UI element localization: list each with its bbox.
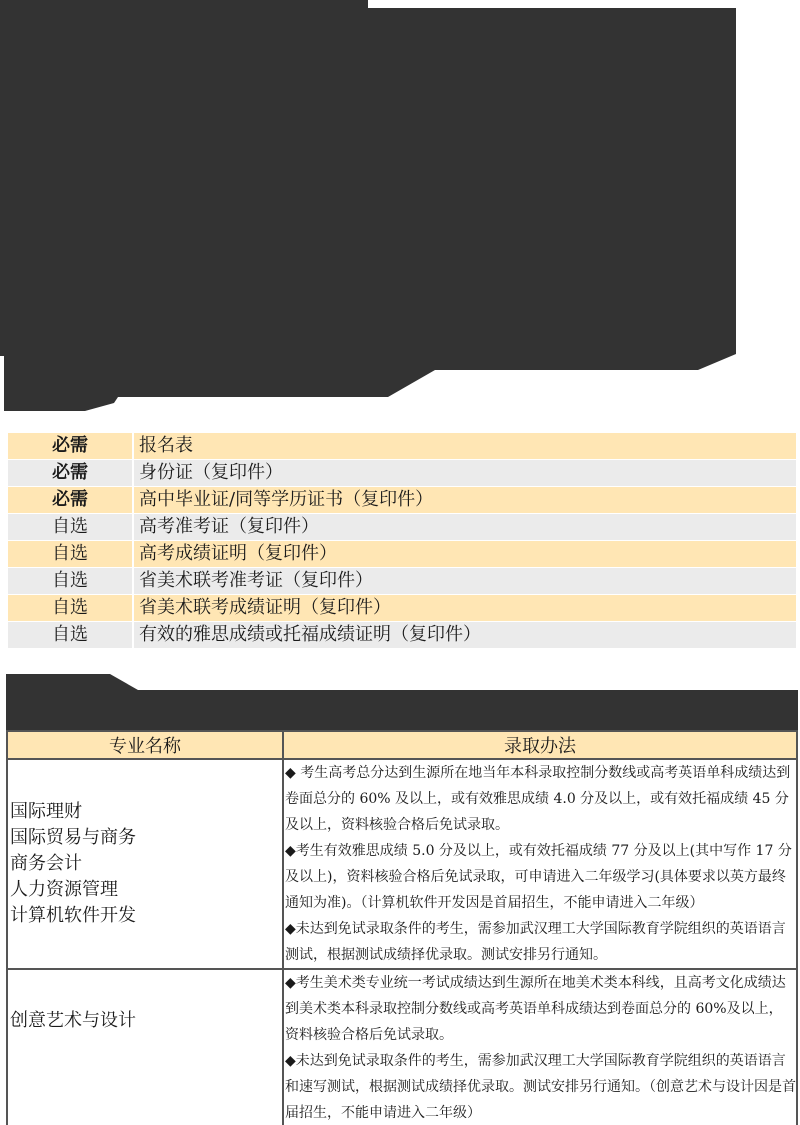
- document-row: 自选 省美术联考成绩证明（复印件）: [8, 595, 796, 621]
- document-name: 省美术联考成绩证明（复印件）: [134, 595, 391, 621]
- column-header-method: 录取办法: [283, 731, 797, 759]
- document-requirement: 必需: [8, 433, 134, 459]
- document-row: 自选 省美术联考准考证（复印件）: [8, 568, 796, 594]
- document-requirement: 自选: [8, 622, 134, 648]
- admission-method-cell: ◆考生美术类专业统一考试成绩达到生源所在地美术类本科线，且高考文化成绩达到美术类…: [283, 969, 797, 1125]
- document-row: 自选 有效的雅思成绩或托福成绩证明（复印件）: [8, 622, 796, 648]
- redaction-block-section-header: [6, 674, 798, 730]
- major-name: 人力资源管理: [10, 877, 282, 903]
- required-documents-list: 必需 报名表 必需 身份证（复印件） 必需 高中毕业证/同等学历证书（复印件） …: [8, 433, 796, 649]
- document-requirement: 自选: [8, 541, 134, 567]
- document-row: 必需 高中毕业证/同等学历证书（复印件）: [8, 487, 796, 513]
- document-name: 省美术联考准考证（复印件）: [134, 568, 373, 594]
- document-row: 必需 报名表: [8, 433, 796, 459]
- admission-method-cell: ◆ 考生高考总分达到生源所在地当年本科录取控制分数线或高考英语单科成绩达到卷面总…: [283, 759, 797, 969]
- major-name: 创意艺术与设计: [10, 1008, 282, 1034]
- document-requirement: 必需: [8, 460, 134, 486]
- document-name: 高考准考证（复印件）: [134, 514, 319, 540]
- document-name: 有效的雅思成绩或托福成绩证明（复印件）: [134, 622, 481, 648]
- document-row: 自选 高考成绩证明（复印件）: [8, 541, 796, 567]
- major-names-cell: 国际理财 国际贸易与商务 商务会计 人力资源管理 计算机软件开发: [7, 759, 283, 969]
- major-name: 国际理财: [10, 799, 282, 825]
- document-requirement: 自选: [8, 514, 134, 540]
- document-name: 报名表: [134, 433, 193, 459]
- document-row: 自选 高考准考证（复印件）: [8, 514, 796, 540]
- redaction-block-top: [0, 0, 736, 411]
- table-row: 国际理财 国际贸易与商务 商务会计 人力资源管理 计算机软件开发 ◆ 考生高考总…: [7, 759, 797, 969]
- admissions-table: 专业名称 录取办法 国际理财 国际贸易与商务 商务会计 人力资源管理 计算机软件…: [6, 730, 798, 1125]
- table-row: 创意艺术与设计 ◆考生美术类专业统一考试成绩达到生源所在地美术类本科线，且高考文…: [7, 969, 797, 1125]
- admission-rule: ◆未达到免试录取条件的考生，需参加武汉理工大学国际教育学院组织的英语语言测试，根…: [285, 916, 796, 968]
- admission-rule: ◆ 考生高考总分达到生源所在地当年本科录取控制分数线或高考英语单科成绩达到卷面总…: [285, 760, 796, 838]
- table-header-row: 专业名称 录取办法: [7, 731, 797, 759]
- admission-rule: ◆考生有效雅思成绩 5.0 分及以上，或有效托福成绩 77 分及以上(其中写作 …: [285, 838, 796, 916]
- document-requirement: 自选: [8, 568, 134, 594]
- major-names-cell: 创意艺术与设计: [7, 969, 283, 1125]
- major-name: 国际贸易与商务: [10, 825, 282, 851]
- column-header-major: 专业名称: [7, 731, 283, 759]
- major-name: 商务会计: [10, 851, 282, 877]
- document-name: 身份证（复印件）: [134, 460, 283, 486]
- document-name: 高考成绩证明（复印件）: [134, 541, 337, 567]
- document-requirement: 必需: [8, 487, 134, 513]
- major-name: 计算机软件开发: [10, 903, 282, 929]
- document-requirement: 自选: [8, 595, 134, 621]
- admission-rule: ◆考生美术类专业统一考试成绩达到生源所在地美术类本科线，且高考文化成绩达到美术类…: [285, 970, 796, 1048]
- document-row: 必需 身份证（复印件）: [8, 460, 796, 486]
- document-name: 高中毕业证/同等学历证书（复印件）: [134, 487, 433, 513]
- admission-rule: ◆未达到免试录取条件的考生，需参加武汉理工大学国际教育学院组织的英语语言和速写测…: [285, 1048, 796, 1125]
